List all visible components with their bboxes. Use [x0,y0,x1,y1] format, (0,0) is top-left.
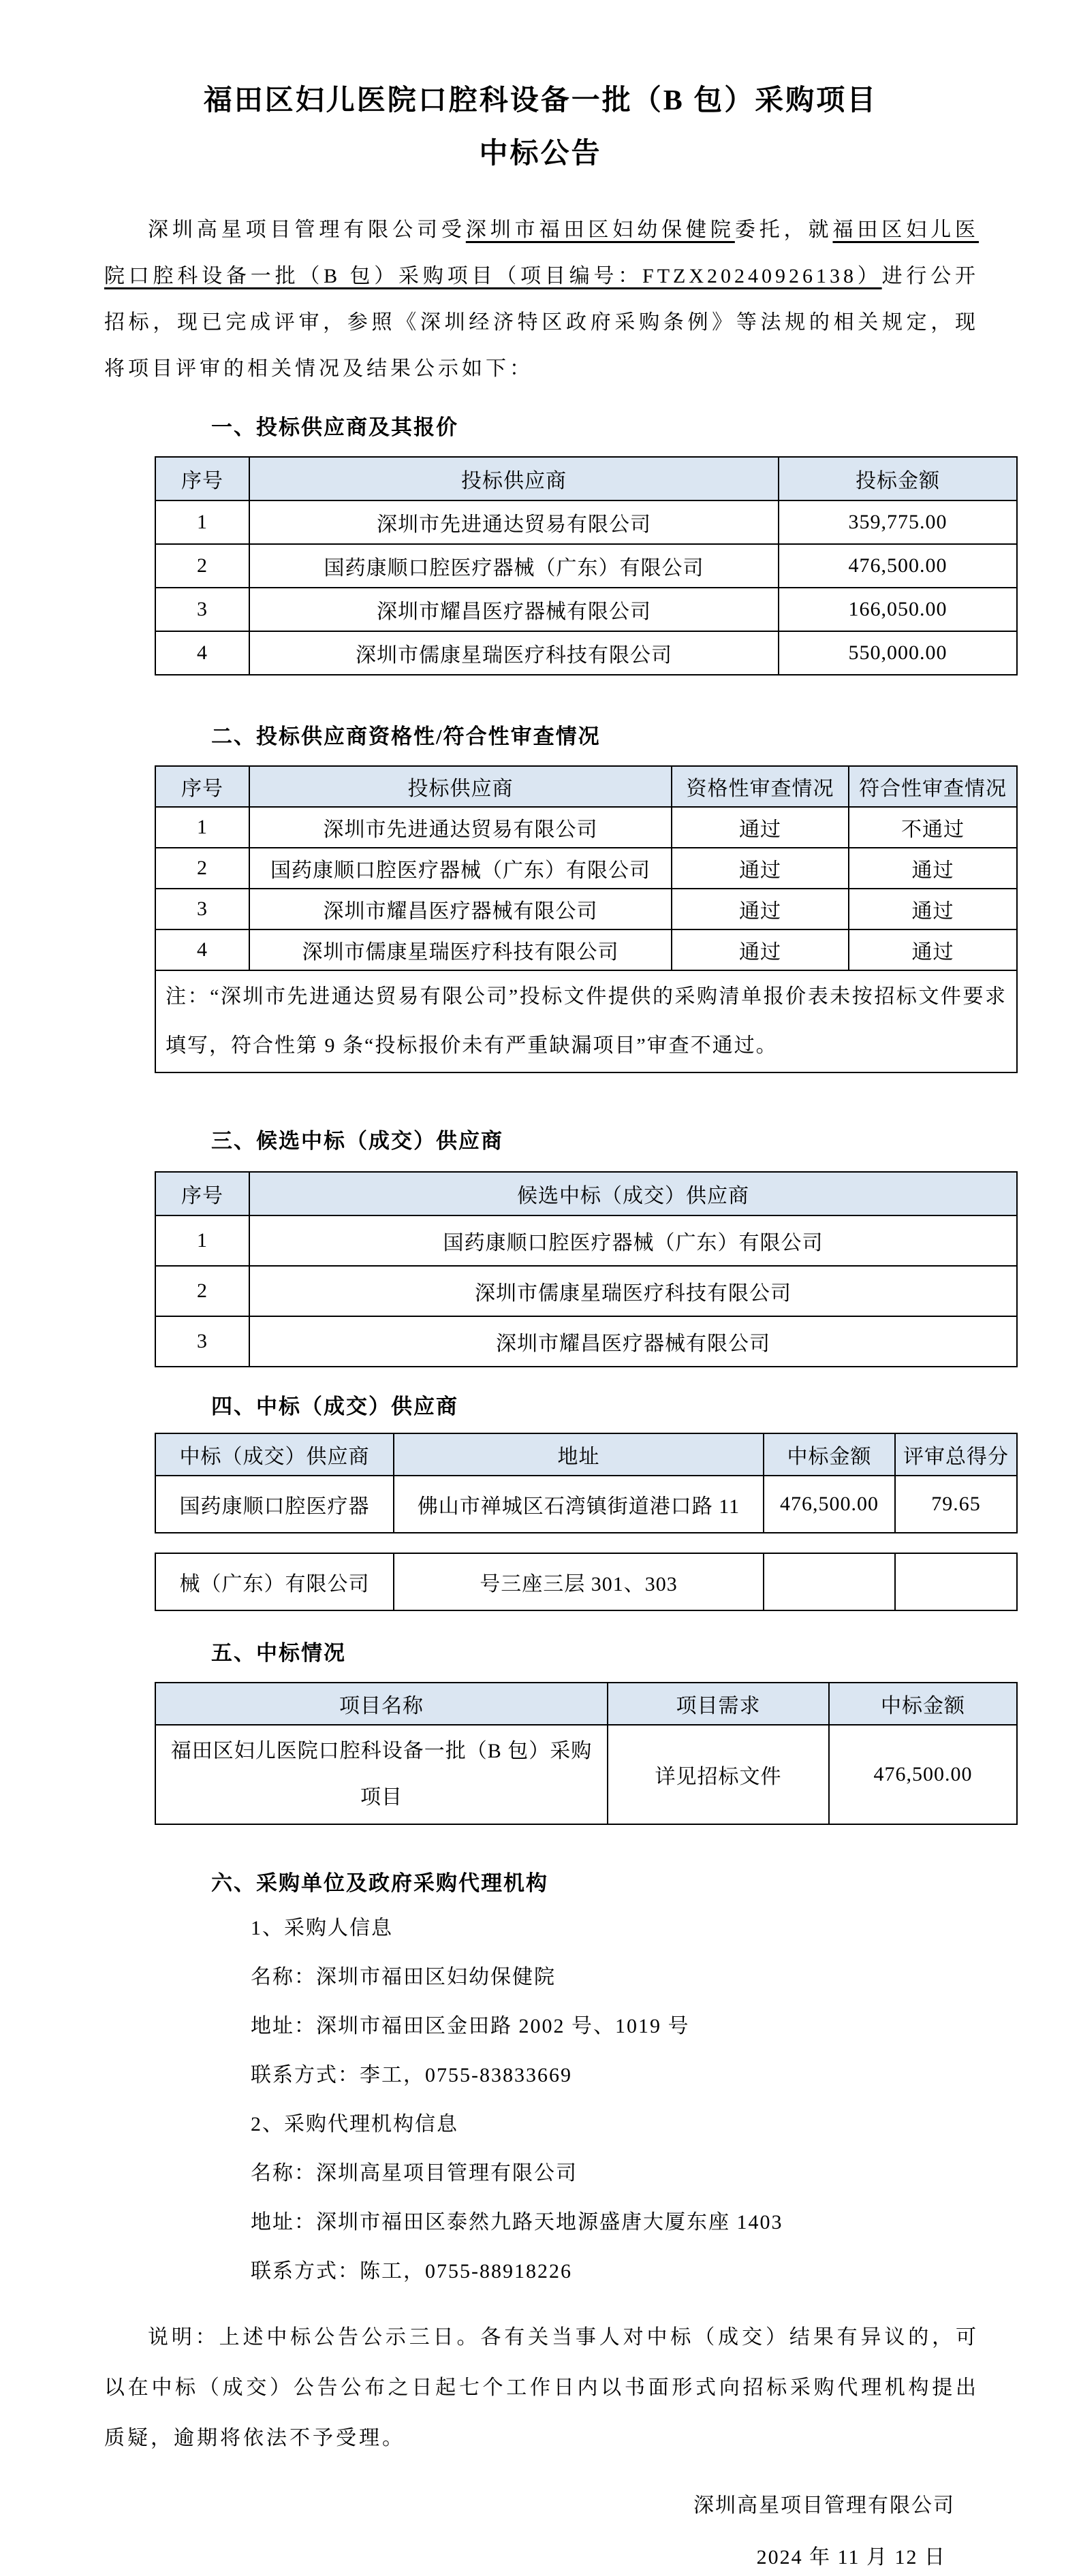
header-qualification: 资格性审查情况 [672,766,849,807]
cell-seq: 1 [155,1215,249,1266]
header-award-amount: 中标金额 [764,1433,895,1476]
agency-contact: 联系方式：陈工，0755-88918226 [251,2247,1081,2296]
cell-winner-part1: 国药康顺口腔医疗器 [155,1476,394,1533]
cell-address-part1: 佛山市禅城区石湾镇街道港口路 11 [394,1476,764,1533]
cell-bidder: 深圳市先进通达贸易有限公司 [249,500,779,544]
cell-conformity: 通过 [849,889,1017,929]
table-row: 1 深圳市先进通达贸易有限公司 359,775.00 [155,500,1017,544]
section-1-heading: 一、投标供应商及其报价 [211,413,1081,443]
header-candidate: 候选中标（成交）供应商 [249,1172,1017,1215]
table-row: 2 国药康顺口腔医疗器械（广东）有限公司 通过 通过 [155,848,1017,889]
signature-company: 深圳高星项目管理有限公司 [0,2491,1081,2521]
cell-seq: 4 [155,929,249,970]
qualification-review-table: 序号 投标供应商 资格性审查情况 符合性审查情况 1 深圳市先进通达贸易有限公司… [155,765,1018,1073]
header-bidder: 投标供应商 [249,766,672,807]
cell-candidate: 国药康顺口腔医疗器械（广东）有限公司 [249,1215,1017,1266]
winner-table-lower-fragment: 械（广东）有限公司 号三座三层 301、303 [155,1553,1018,1611]
cell-qualification: 通过 [672,848,849,889]
cell-qualification: 通过 [672,929,849,970]
bidders-price-table: 序号 投标供应商 投标金额 1 深圳市先进通达贸易有限公司 359,775.00… [155,456,1018,675]
table-row: 福田区妇儿医院口腔科设备一批（B 包）采购项目 详见招标文件 476,500.0… [155,1725,1017,1824]
cell-award-amount: 476,500.00 [764,1476,895,1533]
table-row: 2 深圳市儒康星瑞医疗科技有限公司 [155,1266,1017,1316]
cell-seq: 3 [155,1316,249,1367]
cell-seq: 1 [155,500,249,544]
agency-info-label: 2、采购代理机构信息 [251,2100,1081,2149]
header-seq: 序号 [155,766,249,807]
announcement-page: 福田区妇儿医院口腔科设备一批（B 包）采购项目 中标公告 深圳高星项目管理有限公… [0,0,1081,2573]
cell-seq: 2 [155,544,249,588]
section-5-heading: 五、中标情况 [211,1638,1081,1668]
cell-bidder: 深圳市儒康星瑞医疗科技有限公司 [249,929,672,970]
cell-conformity: 不通过 [849,807,1017,848]
cell-bidder: 深圳市先进通达贸易有限公司 [249,807,672,848]
table-note-row: 注：“深圳市先进通达贸易有限公司”投标文件提供的采购清单报价表未按招标文件要求填… [155,970,1017,1072]
intro-paragraph: 深圳高星项目管理有限公司受深圳市福田区妇幼保健院委托，就福田区妇儿医院口腔科设备… [104,207,979,392]
cell-award-amount: 476,500.00 [829,1725,1017,1824]
table-header-row: 中标（成交）供应商 地址 中标金额 评审总得分 [155,1433,1017,1476]
purchaser-contact: 联系方式：李工，0755-83833669 [251,2051,1081,2100]
cell-seq: 1 [155,807,249,848]
cell-review-score: 79.65 [895,1476,1017,1533]
table-header-row: 序号 投标供应商 资格性审查情况 符合性审查情况 [155,766,1017,807]
table-row: 3 深圳市耀昌医疗器械有限公司 通过 通过 [155,889,1017,929]
cell-candidate: 深圳市儒康星瑞医疗科技有限公司 [249,1266,1017,1316]
section-6-heading: 六、采购单位及政府采购代理机构 [211,1869,1081,1898]
award-summary-table: 项目名称 项目需求 中标金额 福田区妇儿医院口腔科设备一批（B 包）采购项目 详… [155,1682,1018,1825]
purchaser-name: 名称：深圳市福田区妇幼保健院 [251,1953,1081,2002]
table-row: 4 深圳市儒康星瑞医疗科技有限公司 550,000.00 [155,631,1017,675]
cell-conformity: 通过 [849,929,1017,970]
cell-seq: 3 [155,588,249,631]
cell-seq: 4 [155,631,249,675]
cell-seq: 2 [155,1266,249,1316]
cell-project-requirement: 详见招标文件 [608,1725,829,1824]
table-row: 3 深圳市耀昌医疗器械有限公司 [155,1316,1017,1367]
table-row: 1 国药康顺口腔医疗器械（广东）有限公司 [155,1215,1017,1266]
agency-name: 名称：深圳高星项目管理有限公司 [251,2149,1081,2198]
cell-review-score-empty [895,1553,1017,1610]
header-address: 地址 [394,1433,764,1476]
cell-qualification: 通过 [672,889,849,929]
cell-address-part2: 号三座三层 301、303 [394,1553,764,1610]
purchaser-address: 地址：深圳市福田区金田路 2002 号、1019 号 [251,2002,1081,2051]
candidate-winners-table: 序号 候选中标（成交）供应商 1 国药康顺口腔医疗器械（广东）有限公司 2 深圳… [155,1171,1018,1367]
header-review-score: 评审总得分 [895,1433,1017,1476]
header-conformity: 符合性审查情况 [849,766,1017,807]
page-title-line2: 中标公告 [0,136,1081,172]
table-row: 4 深圳市儒康星瑞医疗科技有限公司 通过 通过 [155,929,1017,970]
table-row: 1 深圳市先进通达贸易有限公司 通过 不通过 [155,807,1017,848]
cell-bid-amount: 550,000.00 [779,631,1017,675]
header-bid-amount: 投标金额 [779,457,1017,500]
header-seq: 序号 [155,1172,249,1215]
intro-seg1: 深圳高星项目管理有限公司受 [148,219,466,241]
objection-note: 说明：上述中标公告公示三日。各有关当事人对中标（成交）结果有异议的，可以在中标（… [104,2312,979,2464]
header-project-name: 项目名称 [155,1683,608,1725]
cell-award-amount-empty [764,1553,895,1610]
purchaser-agency-info: 1、采购人信息 名称：深圳市福田区妇幼保健院 地址：深圳市福田区金田路 2002… [0,1904,1081,2296]
intro-seg2: 委托，就 [735,219,833,241]
header-bidder: 投标供应商 [249,457,779,500]
cell-bid-amount: 476,500.00 [779,544,1017,588]
table-row: 械（广东）有限公司 号三座三层 301、303 [155,1553,1017,1610]
intro-underlined-purchaser: 深圳市福田区妇幼保健院 [466,219,735,241]
cell-bidder: 国药康顺口腔医疗器械（广东）有限公司 [249,544,779,588]
header-seq: 序号 [155,457,249,500]
agency-address: 地址：深圳市福田区泰然九路天地源盛唐大厦东座 1403 [251,2198,1081,2247]
winner-table-upper-fragment: 中标（成交）供应商 地址 中标金额 评审总得分 国药康顺口腔医疗器 佛山市禅城区… [155,1433,1018,1533]
cell-bidder: 国药康顺口腔医疗器械（广东）有限公司 [249,848,672,889]
cell-seq: 3 [155,889,249,929]
cell-bid-amount: 166,050.00 [779,588,1017,631]
cell-conformity: 通过 [849,848,1017,889]
table-row: 国药康顺口腔医疗器 佛山市禅城区石湾镇街道港口路 11 476,500.00 7… [155,1476,1017,1533]
purchaser-info-label: 1、采购人信息 [251,1904,1081,1953]
section-3-heading: 三、候选中标（成交）供应商 [211,1126,1081,1156]
header-award-amount: 中标金额 [829,1683,1017,1725]
cell-bidder: 深圳市儒康星瑞医疗科技有限公司 [249,631,779,675]
table-header-row: 序号 候选中标（成交）供应商 [155,1172,1017,1215]
cell-winner-part2: 械（广东）有限公司 [155,1553,394,1610]
table-row: 2 国药康顺口腔医疗器械（广东）有限公司 476,500.00 [155,544,1017,588]
table-header-row: 项目名称 项目需求 中标金额 [155,1683,1017,1725]
signature-date: 2024 年 11 月 12 日 [0,2543,1081,2573]
cell-candidate: 深圳市耀昌医疗器械有限公司 [249,1316,1017,1367]
cell-qualification: 通过 [672,807,849,848]
cell-project-name: 福田区妇儿医院口腔科设备一批（B 包）采购项目 [155,1725,608,1824]
table-header-row: 序号 投标供应商 投标金额 [155,457,1017,500]
cell-bidder: 深圳市耀昌医疗器械有限公司 [249,588,779,631]
header-winner: 中标（成交）供应商 [155,1433,394,1476]
cell-seq: 2 [155,848,249,889]
header-project-requirement: 项目需求 [608,1683,829,1725]
cell-bid-amount: 359,775.00 [779,500,1017,544]
page-title-line1: 福田区妇儿医院口腔科设备一批（B 包）采购项目 [0,83,1081,118]
section-2-heading: 二、投标供应商资格性/符合性审查情况 [211,722,1081,752]
table-row: 3 深圳市耀昌医疗器械有限公司 166,050.00 [155,588,1017,631]
cell-bidder: 深圳市耀昌医疗器械有限公司 [249,889,672,929]
section-4-heading: 四、中标（成交）供应商 [211,1392,1081,1422]
review-note: 注：“深圳市先进通达贸易有限公司”投标文件提供的采购清单报价表未按招标文件要求填… [155,970,1017,1072]
